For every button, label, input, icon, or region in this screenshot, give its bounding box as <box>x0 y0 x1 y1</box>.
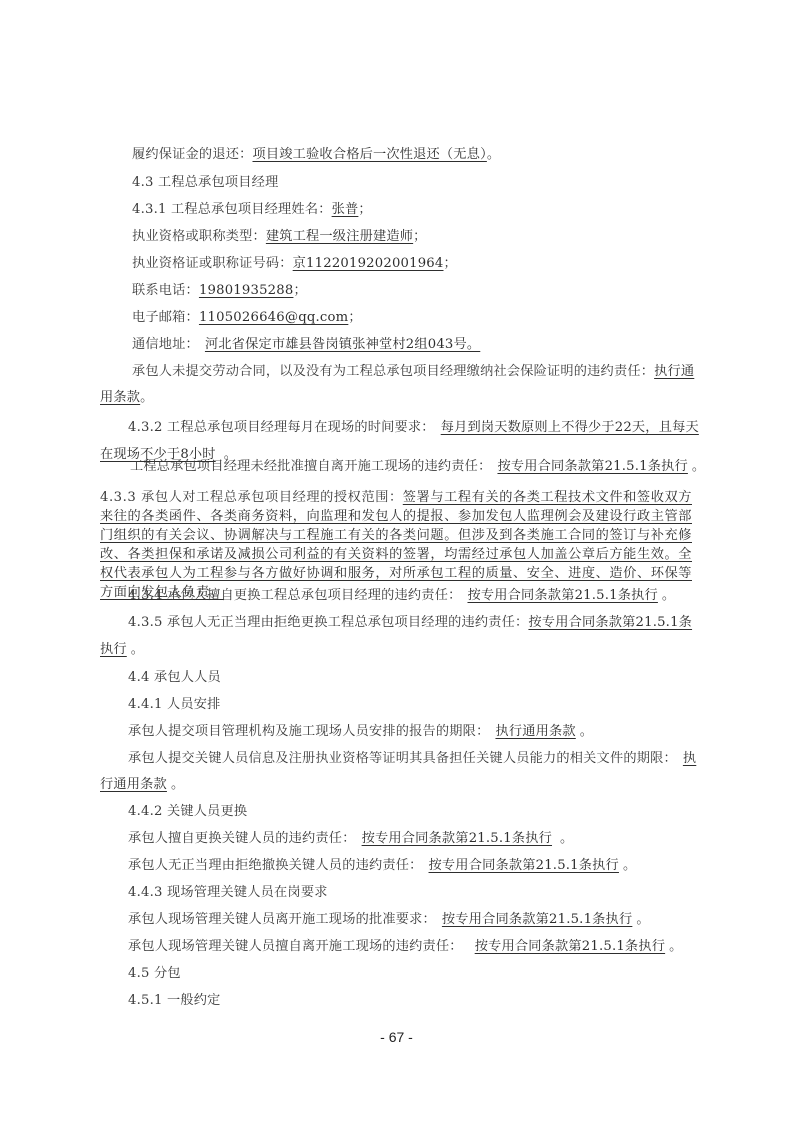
punctuation: 。 <box>167 777 184 792</box>
heading-text: 4.4.3 现场管理关键人员在岗要求 <box>128 885 328 900</box>
field-value: 1105026646@qq.com <box>199 310 348 325</box>
address-line: 通信地址：河北省保定市雄县昝岗镇张神堂村2组043号。 <box>132 336 480 354</box>
field-label: 承包人擅自更换关键人员的违约责任： <box>128 831 356 846</box>
field-label: 通信地址： <box>132 337 199 352</box>
field-label: 承包人提交关键人员信息及注册执业资格等证明其具备担任关键人员能力的相关文件的期限… <box>128 751 677 766</box>
punctuation: ； <box>413 229 426 244</box>
field-label: 电子邮箱： <box>132 310 199 325</box>
pm-leave-site-line-text: 工程总承包项目经理未经批准擅自离开施工现场的违约责任：按专用合同条款第21.5.… <box>130 458 705 476</box>
phone-line: 联系电话：19801935288； <box>132 282 307 300</box>
field-value: 京1122019202001964 <box>293 256 444 271</box>
field-label: 联系电话： <box>132 283 199 298</box>
heading-text: 4.3 工程总承包项目经理 <box>132 175 278 190</box>
qualification-type-line: 执业资格或职称类型：建筑工程一级注册建造师； <box>132 228 427 246</box>
punctuation: 。 <box>688 459 705 474</box>
section-4-4-3-heading: 4.4.3 现场管理关键人员在岗要求 <box>128 884 328 902</box>
field-value: 用条款 <box>100 390 140 405</box>
field-value: 签署与工程有关的各类工程技术文件和签收双方来往的各类函件、各类商务资料，向监理和… <box>100 490 692 600</box>
field-value: 执 <box>677 751 696 766</box>
field-label: 4.3.1 工程总承包项目经理姓名： <box>132 202 332 217</box>
punctuation: 。 <box>140 390 153 405</box>
key-leave-approval-line: 承包人现场管理关键人员离开施工现场的批准要求：按专用合同条款第21.5.1条执行… <box>128 911 650 929</box>
labor-contract-line: 承包人未提交劳动合同，以及没有为工程总承包项目经理缴纳社会保险证明的违约责任：执… <box>132 363 694 381</box>
field-value: 执行通 <box>654 364 694 379</box>
field-value: 按专用合同条款第21.5.1条执行 <box>491 459 687 474</box>
section-4-3-heading: 4.3 工程总承包项目经理 <box>132 174 278 192</box>
field-label: 执业资格或职称类型： <box>132 229 266 244</box>
field-label: 执业资格证或职称证号码： <box>132 256 293 271</box>
field-label: 承包人现场管理关键人员擅自离开施工现场的违约责任： <box>128 939 463 954</box>
page-number: - 67 - <box>0 1029 793 1045</box>
key-replace-line: 承包人擅自更换关键人员的违约责任：按专用合同条款第21.5.1条执行。 <box>128 830 573 848</box>
heading-text: 4.4.2 关键人员更换 <box>128 804 247 819</box>
key-leave-breach-line: 承包人现场管理关键人员擅自离开施工现场的违约责任：按专用合同条款第21.5.1条… <box>128 938 683 956</box>
field-label: 承包人无正当理由拒绝撤换关键人员的违约责任： <box>128 858 423 873</box>
field-value: 按专用合同条款第21.5.1条执行 <box>436 912 632 927</box>
field-label: 4.3.4 承包人擅自更换工程总承包项目经理的违约责任： <box>128 588 461 603</box>
heading-text: 4.4.1 人员安排 <box>128 697 221 712</box>
document-page: 履约保证金的退还：项目竣工验收合格后一次性退还（无息）。 4.3 工程总承包项目… <box>0 0 793 1122</box>
punctuation: ； <box>348 310 361 325</box>
field-label: 承包人未提交劳动合同，以及没有为工程总承包项目经理缴纳社会保险证明的违约责任： <box>132 364 654 379</box>
field-label: 承包人提交项目管理机构及施工现场人员安排的报告的期限： <box>128 724 489 739</box>
punctuation: 。 <box>127 642 144 657</box>
field-value: 按专用合同条款第21.5.1条执行 <box>423 858 619 873</box>
field-value: 按专用合同条款第21.5.1条执行 <box>356 831 552 846</box>
field-label: 承包人现场管理关键人员离开施工现场的批准要求： <box>128 912 436 927</box>
key-refuse-line: 承包人无正当理由拒绝撤换关键人员的违约责任：按专用合同条款第21.5.1条执行。 <box>128 857 636 875</box>
field-value: 按专用合同条款第21.5.1条执行 <box>463 939 665 954</box>
section-4-5-heading: 4.5 分包 <box>128 965 181 983</box>
key-info-deadline-line: 承包人提交关键人员信息及注册执业资格等证明其具备担任关键人员能力的相关文件的期限… <box>128 750 696 768</box>
field-value: 19801935288 <box>199 283 294 298</box>
section-4-5-1-heading: 4.5.1 一般约定 <box>128 992 221 1010</box>
punctuation: ； <box>293 283 306 298</box>
punctuation: 。 <box>619 858 636 873</box>
cert-number-line: 执业资格证或职称证号码：京1122019202001964； <box>132 255 457 273</box>
field-value: 行通用条款 <box>100 777 167 792</box>
field-label: 4.3.5 承包人无正当理由拒绝更换工程总承包项目经理的违约责任： <box>128 615 528 630</box>
punctuation: 。 <box>665 939 682 954</box>
labor-contract-line-cont: 用条款。 <box>100 389 154 407</box>
pm-onsite-time-line: 4.3.2 工程总承包项目经理每月在现场的时间要求：每月到岗天数原则上不得少于2… <box>128 419 699 437</box>
field-value: 项目竣工验收合格后一次性退还（无息） <box>253 147 487 162</box>
field-value: 建筑工程一级注册建造师 <box>266 229 413 244</box>
field-value: 执行通用条款 <box>489 724 575 739</box>
punctuation: 。 <box>632 912 649 927</box>
punctuation: 。 <box>658 588 675 603</box>
field-value: 按专用合同条款第21.5.1条 <box>528 615 692 630</box>
email-line: 电子邮箱：1105026646@qq.com； <box>132 309 362 327</box>
heading-text: 4.4 承包人人员 <box>128 670 221 685</box>
field-label: 履约保证金的退还： <box>132 147 253 162</box>
authorization-scope-paragraph: 4.3.3 承包人对工程总承包项目经理的授权范围：签署与工程有关的各类工程技术文… <box>100 488 692 602</box>
field-value: 按专用合同条款第21.5.1条执行 <box>461 588 657 603</box>
key-info-deadline-line-cont: 行通用条款。 <box>100 776 184 794</box>
bond-return-line: 履约保证金的退还：项目竣工验收合格后一次性退还（无息）。 <box>132 146 500 164</box>
field-label: 4.3.3 承包人对工程总承包项目经理的授权范围： <box>100 490 403 505</box>
heading-text: 4.5.1 一般约定 <box>128 993 221 1008</box>
punctuation: 。 <box>487 147 500 162</box>
section-4-4-2-heading: 4.4.2 关键人员更换 <box>128 803 247 821</box>
report-deadline-line: 承包人提交项目管理机构及施工现场人员安排的报告的期限：执行通用条款。 <box>128 723 593 741</box>
pm-replace-breach-line: 4.3.4 承包人擅自更换工程总承包项目经理的违约责任：按专用合同条款第21.5… <box>128 587 675 605</box>
heading-text: 4.5 分包 <box>128 966 181 981</box>
punctuation: 。 <box>576 724 593 739</box>
field-label: 工程总承包项目经理未经批准擅自离开施工现场的违约责任： <box>130 459 491 474</box>
field-value: 河北省保定市雄县昝岗镇张神堂村2组043号。 <box>199 337 480 352</box>
field-value: 执行 <box>100 642 127 657</box>
pm-refuse-replace-line-cont: 执行。 <box>100 641 144 659</box>
punctuation: ； <box>444 256 457 271</box>
punctuation: ； <box>358 202 371 217</box>
field-value: 张普 <box>332 202 359 217</box>
field-value: 每月到岗天数原则上不得少于22天，且每天 <box>435 420 699 435</box>
section-4-4-1-heading: 4.4.1 人员安排 <box>128 696 221 714</box>
section-4-4-heading: 4.4 承包人人员 <box>128 669 221 687</box>
pm-refuse-replace-line: 4.3.5 承包人无正当理由拒绝更换工程总承包项目经理的违约责任：按专用合同条款… <box>128 614 692 632</box>
pm-name-line: 4.3.1 工程总承包项目经理姓名：张普； <box>132 201 372 219</box>
punctuation: 。 <box>552 831 573 846</box>
field-label: 4.3.2 工程总承包项目经理每月在现场的时间要求： <box>128 420 435 435</box>
